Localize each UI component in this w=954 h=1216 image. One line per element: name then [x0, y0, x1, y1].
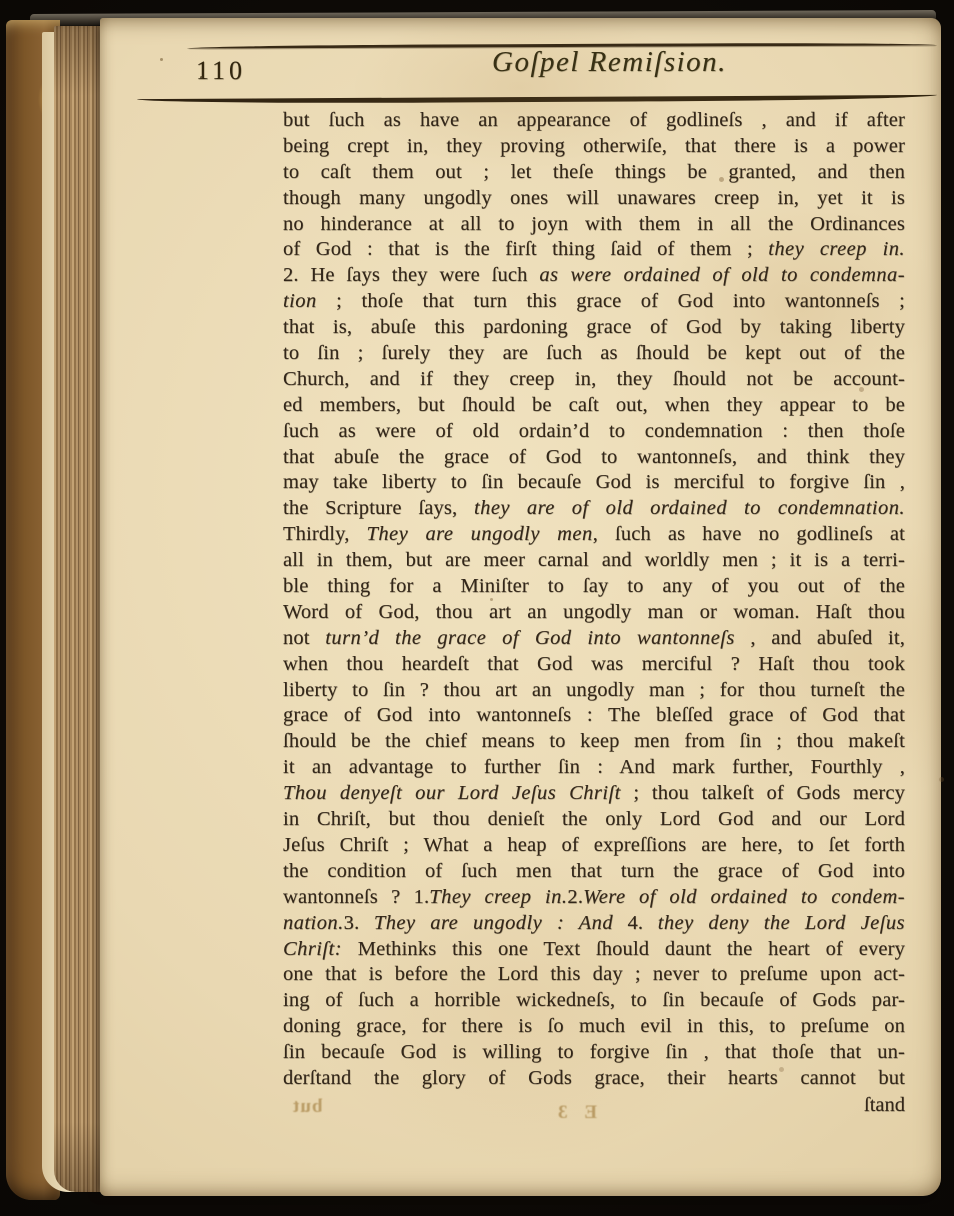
text-line: wantonneſs ? 1.They creep in.2.Were of o…	[283, 885, 905, 911]
text-line: ſin becauſe God is willing to forgive ſi…	[283, 1040, 905, 1066]
text-line: that abuſe the grace of God to wantonneſ…	[283, 445, 905, 471]
text-line: though many ungodly ones will unawares c…	[283, 186, 905, 212]
text-line: the Scripture ſays, they are of old orda…	[283, 496, 905, 522]
text-line: doning grace, for there is ſo much evil …	[283, 1014, 905, 1040]
text-line: ing of ſuch a horrible wickedneſs, to ſi…	[283, 988, 905, 1014]
text-line: when thou heardeſt that God was merciful…	[283, 652, 905, 678]
text-line: tion ; thoſe that turn this grace of God…	[283, 289, 905, 315]
text-line: in Chriſt, but thou denieſt the only Lor…	[283, 807, 905, 833]
page-edges-stack	[54, 26, 104, 1192]
text-line: ſhould be the chief means to keep men fr…	[283, 729, 905, 755]
text-line: may take liberty to ſin becauſe God is m…	[283, 470, 905, 496]
text-line: grace of God into wantonneſs : The bleſſ…	[283, 703, 905, 729]
text-line: ſuch as were of old ordain’d to condemna…	[283, 419, 905, 445]
bleedthrough-ghost-text: but	[292, 1096, 322, 1118]
text-line: one that is before the Lord this day ; n…	[283, 962, 905, 988]
text-line: ble thing for a Miniſter to ſay to any o…	[283, 574, 905, 600]
text-line: of God : that is the firſt thing ſaid of…	[283, 237, 905, 263]
page-number: 110	[196, 56, 246, 86]
text-line: it an advantage to further ſin : And mar…	[283, 755, 905, 781]
text-line: that is, abuſe this pardoning grace of G…	[283, 315, 905, 341]
text-line: derſtand the glory of Gods grace, their …	[283, 1066, 905, 1092]
book-page: 110 Goſpel Remiſsion. but ſuch as have a…	[100, 18, 941, 1196]
running-title: Goſpel Remiſsion.	[492, 46, 727, 79]
text-line: Chriſt: Methinks this one Text ſhould da…	[283, 937, 905, 963]
text-line: Thirdly, They are ungodly men, ſuch as h…	[283, 522, 905, 548]
text-line: but ſuch as have an appearance of godlin…	[283, 108, 905, 134]
text-line: to caſt them out ; let theſe things be g…	[283, 160, 905, 186]
text-line: 2. He ſays they were ſuch as were ordain…	[283, 263, 905, 289]
text-line: Jeſus Chriſt ; What a heap of expreſſion…	[283, 833, 905, 859]
paper-specks	[160, 58, 163, 61]
text-line: being crept in, they proving otherwiſe, …	[283, 134, 905, 160]
text-line: no hinderance at all to joyn with them i…	[283, 212, 905, 238]
text-line: all in them, but are meer carnal and wor…	[283, 548, 905, 574]
text-line: to ſin ; ſurely they are ſuch as ſhould …	[283, 341, 905, 367]
book-photo: 110 Goſpel Remiſsion. but ſuch as have a…	[0, 0, 954, 1216]
text-line: liberty to ſin ? thou art an ungodly man…	[283, 678, 905, 704]
text-line: Thou denyeſt our Lord Jeſus Chriſt ; tho…	[283, 781, 905, 807]
text-line: the condition of ſuch men that turn the …	[283, 859, 905, 885]
text-line: Word of God, thou art an ungodly man or …	[283, 600, 905, 626]
header-rule-bottom	[137, 95, 937, 104]
text-line: Church, and if they creep in, they ſhoul…	[283, 367, 905, 393]
text-line: ed members, but ſhould be caſt out, when…	[283, 393, 905, 419]
text-line: nation.3. They are ungodly : And 4. they…	[283, 911, 905, 937]
body-text: but ſuch as have an appearance of godlin…	[283, 108, 905, 1092]
bleedthrough-signature-mark: E 3	[552, 1102, 597, 1124]
text-line: not turn’d the grace of God into wantonn…	[283, 626, 905, 652]
